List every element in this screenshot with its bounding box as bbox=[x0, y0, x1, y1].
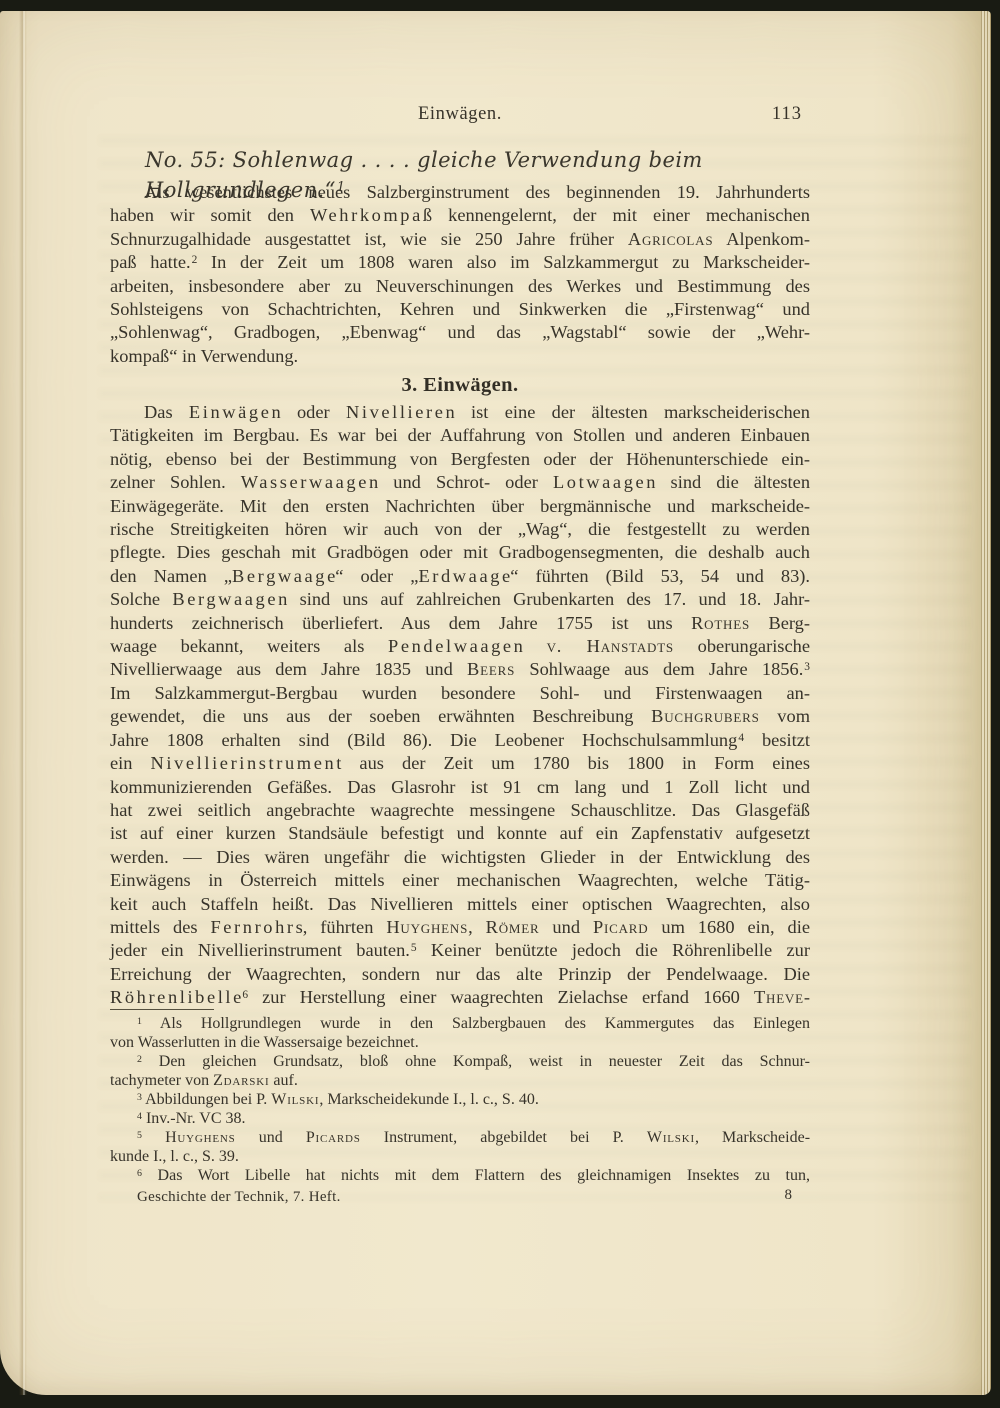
text-line: pflegte. Dies geschah mit Gradbögen oder… bbox=[110, 541, 810, 564]
body-paragraph-2: Das Einwägen oder Nivellieren ist eine d… bbox=[110, 401, 810, 1010]
text-line: gewendet, die uns aus der soeben erwähnt… bbox=[110, 705, 810, 728]
text-line: zelner Sohlen. Wasserwaagen und Schrot- … bbox=[110, 471, 810, 494]
footnote-separator bbox=[110, 1009, 214, 1010]
footnote-line: tachymeter von Zdarski auf. bbox=[110, 1071, 810, 1090]
text-line: kommunizierenden Gefäßes. Das Glasrohr i… bbox=[110, 776, 810, 799]
text-line: Erreichung der Waagrechten, sondern nur … bbox=[110, 963, 810, 986]
text-line: Tätigkeiten im Bergbau. Es war bei der A… bbox=[110, 424, 810, 447]
text-line: mittels des Fernrohrs, führten Huyghens,… bbox=[110, 916, 810, 939]
text-line: kompaß“ in Verwendung. bbox=[110, 345, 810, 368]
footnote-line: 4 Inv.-Nr. VC 38. bbox=[110, 1109, 810, 1128]
page-edge-stack bbox=[981, 11, 991, 1395]
text-line: Nivellierwaage aus dem Jahre 1835 und Be… bbox=[110, 658, 810, 681]
text-line: nötig, ebenso bei der Bestimmung von Ber… bbox=[110, 448, 810, 471]
page-footer: Geschichte der Technik, 7. Heft. 8 bbox=[110, 1187, 810, 1207]
running-head: Einwägen. 113 bbox=[110, 102, 810, 126]
text-line: Einwägegeräte. Mit den ersten Nachrichte… bbox=[110, 495, 810, 518]
text-line: Einwägens in Österreich mittels einer me… bbox=[110, 869, 810, 892]
footnote-line: kunde I., l. c., S. 39. bbox=[110, 1147, 810, 1166]
footnote-line: 3 Abbildungen bei P. Wilski, Markscheide… bbox=[110, 1090, 810, 1109]
text-line: ein Nivellierinstrument aus der Zeit um … bbox=[110, 752, 810, 775]
text-line: Das Einwägen oder Nivellieren ist eine d… bbox=[110, 401, 810, 424]
text-line: jeder ein Nivellierinstrument bauten.5 K… bbox=[110, 939, 810, 962]
footnote-line: 6 Das Wort Libelle hat nichts mit dem Fl… bbox=[110, 1166, 810, 1185]
text-line: arbeiten, insbesondere aber zu Neuversch… bbox=[110, 275, 810, 298]
text-line: Als wesentlichstes neues Salzberginstrum… bbox=[110, 181, 810, 204]
footnote-line: von Wasserlutten in die Wassersaige beze… bbox=[110, 1033, 810, 1052]
book-page: Einwägen. 113 No. 55: Sohlenwag . . . . … bbox=[0, 11, 991, 1395]
text-line: werden. — Dies wären ungefähr die wichti… bbox=[110, 846, 810, 869]
text-line: Sohlsteigens von Schachtrichten, Kehren … bbox=[110, 298, 810, 321]
text-line: Röhrenlibelle6 zur Herstellung einer waa… bbox=[110, 986, 810, 1009]
text-line: Im Salzkammergut-Bergbau wurden besonder… bbox=[110, 682, 810, 705]
text-line: Schnurzugalhidade ausgestattet ist, wie … bbox=[110, 228, 810, 251]
footnote-line: 5 Huyghens und Picards Instrument, abgeb… bbox=[110, 1128, 810, 1147]
body-paragraph-1: Als wesentlichstes neues Salzberginstrum… bbox=[110, 181, 810, 368]
footnotes: 1 Als Hollgrundlegen wurde in den Salzbe… bbox=[110, 1014, 810, 1185]
text-line: Jahre 1808 erhalten sind (Bild 86). Die … bbox=[110, 729, 810, 752]
running-title: Einwägen. bbox=[110, 102, 810, 126]
text-line: „Sohlenwag“, Gradbogen, „Ebenwag“ und da… bbox=[110, 321, 810, 344]
sheet-number: 8 bbox=[785, 1185, 793, 1205]
footnote-line: 2 Den gleichen Grundsatz, bloß ohne Komp… bbox=[110, 1052, 810, 1071]
text-line: waage bekannt, weiters als Pendelwaagen … bbox=[110, 635, 810, 658]
text-line: rische Streitigkeiten hören wir auch von… bbox=[110, 518, 810, 541]
series-signature: Geschichte der Technik, 7. Heft. bbox=[137, 1189, 341, 1205]
footnote-line: 1 Als Hollgrundlegen wurde in den Salzbe… bbox=[110, 1014, 810, 1033]
text-line: hat zwei seitlich angebrachte waagrechte… bbox=[110, 799, 810, 822]
text-line: ist auf einer kurzen Standsäule befestig… bbox=[110, 822, 810, 845]
text-line: hunderts zeichnerisch überliefert. Aus d… bbox=[110, 612, 810, 635]
text-line: keit auch Staffeln heißt. Das Nivelliere… bbox=[110, 893, 810, 916]
section-heading: 3. Einwägen. bbox=[110, 372, 810, 398]
text-line: haben wir somit den Wehrkompaß kennengel… bbox=[110, 204, 810, 227]
text-line: paß hatte.2 In der Zeit um 1808 waren al… bbox=[110, 251, 810, 274]
page-gutter-crease bbox=[19, 11, 27, 1395]
text-line: Solche Bergwaagen sind uns auf zahlreich… bbox=[110, 588, 810, 611]
page-number: 113 bbox=[772, 102, 802, 126]
text-line: den Namen „Bergwaage“ oder „Erdwaage“ fü… bbox=[110, 565, 810, 588]
